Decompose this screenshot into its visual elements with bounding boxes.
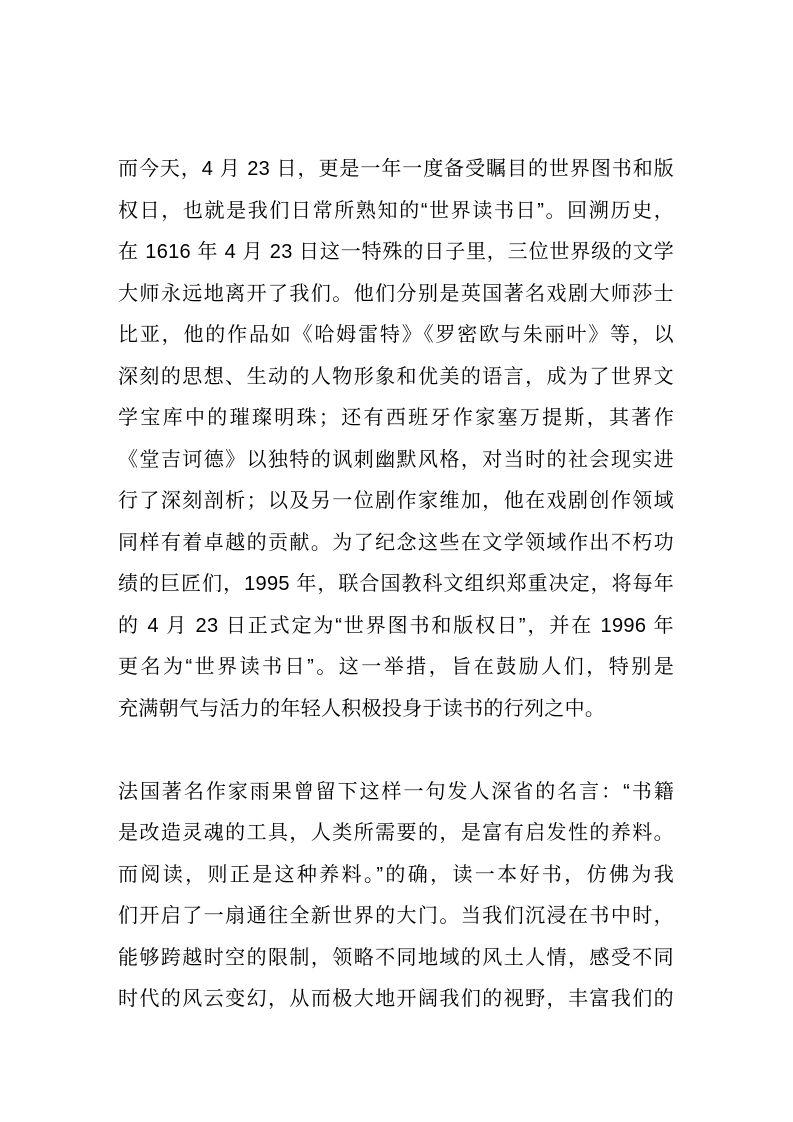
text-line: 权日，也就是我们日常所熟知的“世界读书日”。回溯历史，	[118, 191, 674, 233]
text-line: 学宝库中的璀璨明珠；还有西班牙作家塞万提斯，其著作	[118, 398, 674, 440]
text-line: 在 1616 年 4 月 23 日这一特殊的日子里，三位世界级的文学	[118, 232, 674, 274]
text-line: 更名为“世界读书日”。这一举措，旨在鼓励人们，特别是	[118, 647, 674, 689]
text-line: 而阅读，则正是这种养料。”的确，读一本好书，仿佛为我	[118, 855, 674, 897]
paragraph-hugo-quote-reading: 法国著名作家雨果曾留下这样一句发人深省的名言：“书籍是改造灵魂的工具，人类所需要…	[118, 772, 674, 1021]
text-line: 充满朝气与活力的年轻人积极投身于读书的行列之中。	[118, 689, 674, 731]
document-page: 而今天，4 月 23 日，更是一年一度备受瞩目的世界图书和版权日，也就是我们日常…	[0, 0, 793, 1122]
text-line: 大师永远地离开了我们。他们分别是英国著名戏剧大师莎士	[118, 274, 674, 316]
text-line: 的 4 月 23 日正式定为“世界图书和版权日”，并在 1996 年	[118, 606, 674, 648]
text-line: 行了深刻剖析；以及另一位剧作家维加，他在戏剧创作领域	[118, 481, 674, 523]
text-line: 绩的巨匠们，1995 年，联合国教科文组织郑重决定，将每年	[118, 564, 674, 606]
text-line: 比亚，他的作品如《哈姆雷特》《罗密欧与朱丽叶》等，以	[118, 315, 674, 357]
text-line: 《堂吉诃德》以独特的讽刺幽默风格，对当时的社会现实进	[118, 440, 674, 482]
paragraph-world-book-day-history: 而今天，4 月 23 日，更是一年一度备受瞩目的世界图书和版权日，也就是我们日常…	[118, 149, 674, 730]
text-line: 们开启了一扇通往全新世界的大门。当我们沉浸在书中时，	[118, 896, 674, 938]
text-line: 法国著名作家雨果曾留下这样一句发人深省的名言：“书籍	[118, 772, 674, 814]
document-text: 而今天，4 月 23 日，更是一年一度备受瞩目的世界图书和版权日，也就是我们日常…	[118, 149, 674, 1021]
text-line: 时代的风云变幻，从而极大地开阔我们的视野，丰富我们的	[118, 979, 674, 1021]
text-line: 是改造灵魂的工具，人类所需要的，是富有启发性的养料。	[118, 813, 674, 855]
text-line: 同样有着卓越的贡献。为了纪念这些在文学领域作出不朽功	[118, 523, 674, 565]
text-line: 而今天，4 月 23 日，更是一年一度备受瞩目的世界图书和版	[118, 149, 674, 191]
text-line: 能够跨越时空的限制，领略不同地域的风土人情，感受不同	[118, 938, 674, 980]
text-line: 深刻的思想、生动的人物形象和优美的语言，成为了世界文	[118, 357, 674, 399]
